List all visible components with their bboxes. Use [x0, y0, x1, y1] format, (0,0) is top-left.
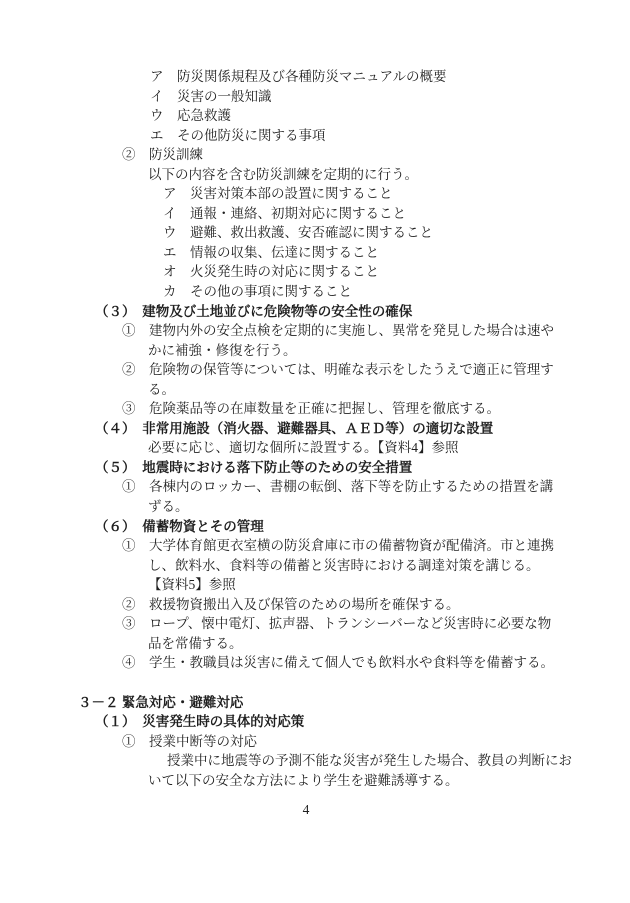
- document-line: （４） 非常用施設（消火器、避難器具、ＡＥＤ等）の適切な設置: [95, 419, 630, 439]
- document-line: ア 防災関係規程及び各種防災マニュアルの概要: [150, 67, 630, 87]
- blank-line: [0, 673, 630, 693]
- document-line: エ 情報の収集、伝達に関すること: [163, 243, 630, 263]
- document-line: 授業中に地震等の予測不能な災害が発生した場合、教員の判断にお: [167, 751, 630, 771]
- document-line: カ その他の事項に関すること: [163, 282, 630, 302]
- document-line: （１） 災害発生時の具体的対応策: [95, 712, 630, 732]
- document-line: （６） 備蓄物資とその管理: [95, 517, 630, 537]
- document-line: ずる。: [148, 497, 630, 517]
- document-line: ② 救援物資搬出入及び保管のための場所を確保する。: [122, 595, 630, 615]
- document-line: ３－２ 緊急対応・避難対応: [78, 693, 630, 713]
- document-line: ② 危険物の保管等については、明確な表示をしたうえで適正に管理す: [122, 360, 630, 380]
- document-page: ア 防災関係規程及び各種防災マニュアルの概要イ 災害の一般知識ウ 応急救護エ そ…: [0, 0, 630, 903]
- document-line: し、飲料水、食料等の備蓄と災害時における調達対策を講じる。: [148, 556, 630, 576]
- document-line: る。: [148, 380, 630, 400]
- document-line: エ その他防災に関する事項: [150, 126, 630, 146]
- document-line: いて以下の安全な方法により学生を避難誘導する。: [148, 771, 630, 791]
- document-line: ウ 応急救護: [150, 106, 630, 126]
- document-line: ② 防災訓練: [122, 145, 630, 165]
- document-line: 品を常備する。: [148, 634, 630, 654]
- document-line: イ 通報・連絡、初期対応に関すること: [163, 204, 630, 224]
- document-line: ③ ロープ、懐中電灯、拡声器、トランシーバーなど災害時に必要な物: [122, 614, 630, 634]
- document-line: ④ 学生・教職員は災害に備えて個人でも飲料水や食料等を備蓄する。: [122, 653, 630, 673]
- document-line: ① 建物内外の安全点検を定期的に実施し、異常を発見した場合は速や: [122, 321, 630, 341]
- document-line: ウ 避難、救出救護、安否確認に関すること: [163, 223, 630, 243]
- document-line: かに補強・修復を行う。: [148, 341, 630, 361]
- document-line: ① 大学体育館更衣室横の防災倉庫に市の備蓄物資が配備済。市と連携: [122, 536, 630, 556]
- document-line: ア 災害対策本部の設置に関すること: [163, 184, 630, 204]
- document-line: 【資料5】参照: [148, 575, 630, 595]
- document-line: （３） 建物及び土地並びに危険物等の安全性の確保: [95, 302, 630, 322]
- page-number: 4: [0, 800, 612, 820]
- document-line: ① 各棟内のロッカー、書棚の転倒、落下等を防止するための措置を講: [122, 477, 630, 497]
- document-line: オ 火災発生時の対応に関すること: [163, 262, 630, 282]
- document-line: ① 授業中断等の対応: [122, 732, 630, 752]
- document-line: イ 災害の一般知識: [150, 87, 630, 107]
- document-line: ③ 危険薬品等の在庫数量を正確に把握し、管理を徹底する。: [122, 399, 630, 419]
- document-line: 必要に応じ、適切な個所に設置する。【資料4】参照: [148, 438, 630, 458]
- document-body: ア 防災関係規程及び各種防災マニュアルの概要イ 災害の一般知識ウ 応急救護エ そ…: [0, 67, 630, 790]
- document-line: 以下の内容を含む防災訓練を定期的に行う。: [148, 165, 630, 185]
- document-line: （５） 地震時における落下防止等のための安全措置: [95, 458, 630, 478]
